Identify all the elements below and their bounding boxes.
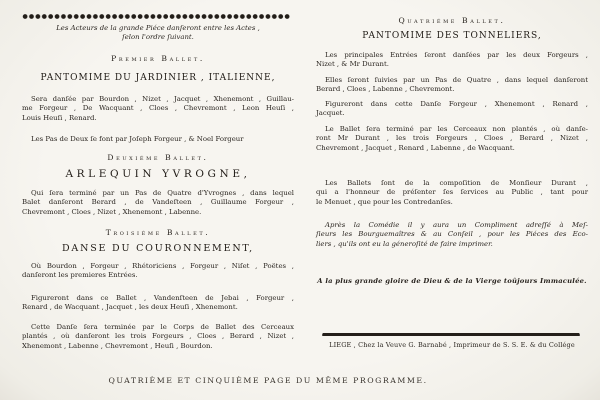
programme-scan: Les Acteurs de la grande Piéce danſeront…	[0, 0, 600, 400]
ballet2-title: ARLEQUIN YVROGNE,	[22, 168, 294, 180]
ballet4-pas-de-quatre-paragraph: Elles ſeront ſuivies par un Pas de Quatr…	[316, 76, 588, 95]
composer-note-paragraph: Les Ballets ſont de la compoſition de Mo…	[316, 179, 588, 207]
ballet1-title: PANTOMIME DU JARDINIER , ITALIENNE,	[22, 73, 294, 83]
printer-imprint: LIEGE , Chez la Veuve G. Barnabé , Impri…	[316, 341, 588, 349]
ballet1-pas-de-deux-paragraph: Les Pas de Deux ſe font par Joſeph Forge…	[22, 135, 294, 144]
figure-caption: QUATRIÈME ET CINQUIÈME PAGE DU MÊME PROG…	[0, 376, 536, 385]
ballet4-finale-paragraph: Le Ballet ſera terminé par les Cerceaux …	[316, 125, 588, 153]
bead-ornament-divider	[22, 13, 290, 20]
dedication-line: A la plus grande gloire de Dieu & de la …	[316, 277, 588, 285]
ballet2-heading: Deuxiéme Ballet.	[22, 153, 294, 162]
ballet3-heading: Troisiéme Ballet.	[22, 228, 294, 237]
ballet3-figurants-paragraph: Figureront dans ce Ballet , Vandenſteen …	[22, 294, 294, 313]
ballet3-finale-paragraph: Cette Danſe ſera terminée par le Corps d…	[22, 323, 294, 351]
compliment-note-paragraph: Après la Comédie il y aura un Compliment…	[316, 221, 588, 249]
ballet4-heading: Quatriéme Ballet.	[316, 16, 588, 25]
ballet2-cast-paragraph: Qui ſera terminé par un Pas de Quatre d'…	[22, 189, 294, 217]
ballet4-title: PANTOMIME DES TONNELIERS,	[316, 31, 588, 41]
ballet3-title: DANSE DU COURONNEMENT,	[22, 243, 294, 254]
imprint-rule	[322, 334, 580, 336]
programme-page-left: Les Acteurs de la grande Piéce danſeront…	[22, 0, 294, 370]
ballet1-cast-paragraph: Sera danſée par Bourdon , Nizet , Jacque…	[22, 95, 294, 123]
ballet4-entrees-paragraph: Les principales Entrées ſeront danſées p…	[316, 51, 588, 70]
actors-intro-note: Les Acteurs de la grande Piéce danſeront…	[22, 24, 294, 43]
ballet3-entrees-paragraph: Où Bourdon , Forgeur , Rhétoriciens , Fo…	[22, 262, 294, 281]
ballet1-heading: Premier Ballet.	[22, 54, 294, 63]
ballet4-figurants-paragraph: Figureront dans cette Danſe Forgeur , Xh…	[316, 100, 588, 119]
programme-page-right: Quatriéme Ballet. PANTOMIME DES TONNELIE…	[316, 0, 588, 370]
